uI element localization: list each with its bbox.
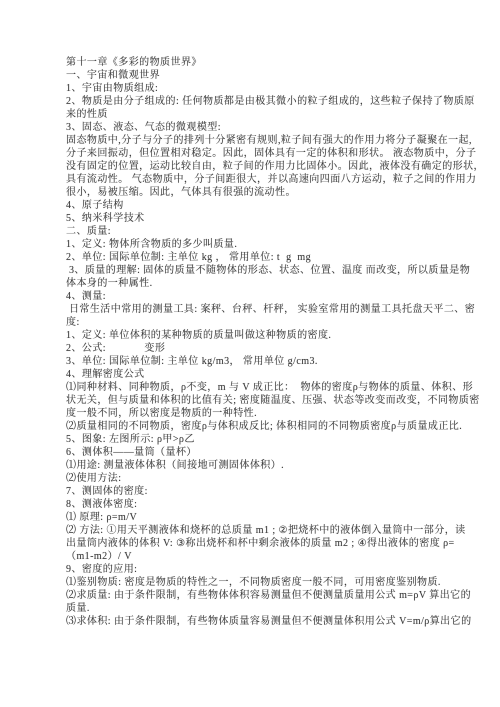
text-line: 分子来回振动，但位置相对稳定。因此，固体具有一定的体积和形状。 液态物质中，分子 xyxy=(66,147,446,160)
text-line: 一、宇宙和微观世界 xyxy=(66,69,446,82)
text-line: 6、测体积——量筒（量杯） xyxy=(66,446,446,459)
document-page: 第十一章《多彩的物质世界》一、宇宙和微观世界1、宇宙由物质组成:2、物质是由分子… xyxy=(0,0,500,707)
text-line: 日常生活中常用的测量工具: 案秤、台秤、杆秤， 实验室常用的测量工具托盘天平二、… xyxy=(66,303,446,316)
text-line: 2、物质是由分子组成的: 任何物质都是由极其微小的粒子组成的，这些粒子保持了物质… xyxy=(66,95,446,108)
text-line: ⑴鉴别物质: 密度是物质的特性之一，不同物质密度一般不同，可用密度鉴别物质. xyxy=(66,576,446,589)
text-line: 度: xyxy=(66,316,446,329)
text-line: （m1-m2）/ V xyxy=(66,550,446,563)
text-line: 质量. xyxy=(66,602,446,615)
notes-text-block: 第十一章《多彩的物质世界》一、宇宙和微观世界1、宇宙由物质组成:2、物质是由分子… xyxy=(66,56,446,628)
text-line: ⑵求质量: 由于条件限制，有些物体体积容易测量但不便测量质量用公式 m=ρV 算… xyxy=(66,589,446,602)
text-line: 2、公式: 变形 xyxy=(66,342,446,355)
text-line: 9、密度的应用: xyxy=(66,563,446,576)
text-line: 度一般不同，所以密度是物质的一种特性. xyxy=(66,407,446,420)
text-line: ⑵使用方法: xyxy=(66,472,446,485)
text-line: 4、原子结构 xyxy=(66,199,446,212)
text-line: 5、图象: 左图所示: ρ甲>ρ乙 xyxy=(66,433,446,446)
text-line: ⑴ 原理: ρ=m/V xyxy=(66,511,446,524)
text-line: 固态物质中,分子与分子的排列十分紧密有规则,粒子间有强大的作用力将分子凝聚在一起… xyxy=(66,134,446,147)
text-line: 1、宇宙由物质组成: xyxy=(66,82,446,95)
text-line: 3、单位: 国际单位制: 主单位 kg/m3， 常用单位 g/cm3. xyxy=(66,355,446,368)
document-title: 第十一章《多彩的物质世界》 xyxy=(66,56,446,69)
text-line: 8、测液体密度: xyxy=(66,498,446,511)
text-line: 出量筒内液体的体积 V: ③称出烧杯和杯中剩余液体的质量 m2 ; ④得出液体的… xyxy=(66,537,446,550)
text-line: ⑴同种材料、同种物质，ρ不变，m 与 V 成正比： 物体的密度ρ与物体的质量、体… xyxy=(66,381,446,394)
text-line: 1、定义: 物体所含物质的多少叫质量. xyxy=(66,238,446,251)
text-line: ⑵ 方法: ①用天平测液体和烧杯的总质量 m1 ; ②把烧杯中的液体倒入量筒中一… xyxy=(66,524,446,537)
text-line: 很小，易被压缩。因此，气体具有很强的流动性。 xyxy=(66,186,446,199)
text-line: 4、测量: xyxy=(66,290,446,303)
text-line: 3、固态、液态、气态的微观模型: xyxy=(66,121,446,134)
text-line: 状无关，但与质量和体积的比值有关; 密度随温度、压强、状态等改变而改变，不同物质… xyxy=(66,394,446,407)
text-line: 来的性质 xyxy=(66,108,446,121)
text-line: 7、测固体的密度: xyxy=(66,485,446,498)
text-line: 5、纳米科学技术 xyxy=(66,212,446,225)
text-line: ⑶求体积: 由于条件限制，有些物体质量容易测量但不便测量体积用公式 V=m/ρ算… xyxy=(66,615,446,628)
text-line: ⑵质量相同的不同物质，密度ρ与体积成反比; 体积相同的不同物质密度ρ与质量成正比… xyxy=(66,420,446,433)
text-line: 1、定义: 单位体积的某种物质的质量叫做这种物质的密度. xyxy=(66,329,446,342)
text-line: ⑴用途: 测量液体体积（间接地可测固体体积）. xyxy=(66,459,446,472)
text-line: 具有流动性。 气态物质中，分子间距很大，并以高速向四面八方运动，粒子之间的作用力 xyxy=(66,173,446,186)
text-line: 没有固定的位置，运动比较自由，粒子间的作用力比固体小。因此，液体没有确定的形状， xyxy=(66,160,446,173)
text-line: 体本身的一种属性. xyxy=(66,277,446,290)
text-line: 3、质量的理解: 固体的质量不随物体的形态、状态、位置、温度 而改变，所以质量是… xyxy=(66,264,446,277)
text-line: 2、单位: 国际单位制: 主单位 kg ， 常用单位: t g mg xyxy=(66,251,446,264)
text-line: 4、理解密度公式 xyxy=(66,368,446,381)
text-line: 二、质量: xyxy=(66,225,446,238)
